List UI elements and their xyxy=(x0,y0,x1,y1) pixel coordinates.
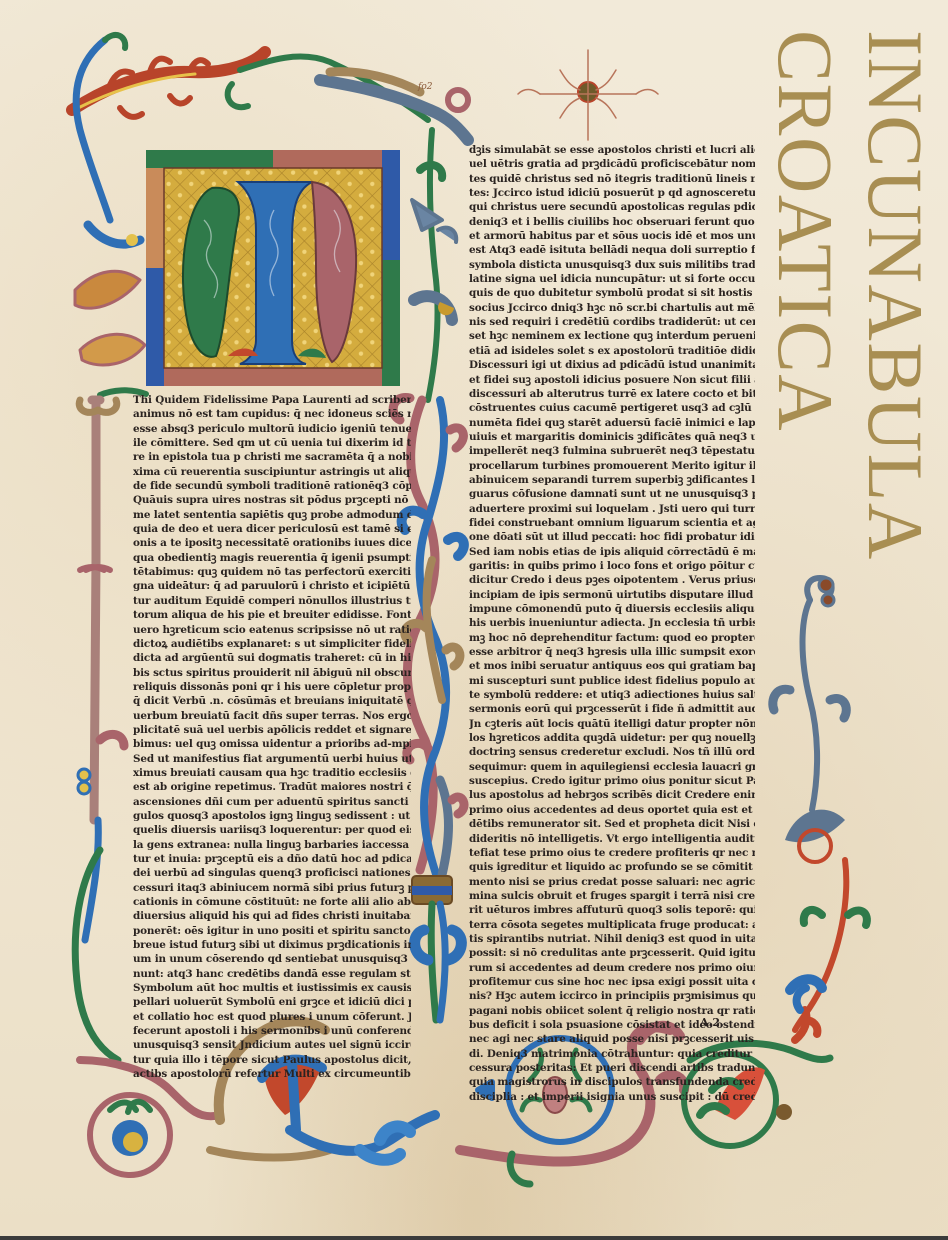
text-line: ile cōmittere. Sed qm ut cū uenia tui di… xyxy=(133,436,411,450)
text-line: one dōati sūt ut illud peccati: hoc fidi… xyxy=(469,530,755,544)
text-line: ponerēt: oēs igitur in uno positi et spi… xyxy=(133,924,411,938)
text-line: nunt: atq3 hanc credētibs dandā esse reg… xyxy=(133,967,411,981)
text-line: quis igreditur et liquido ac profundo se… xyxy=(469,860,755,874)
text-line: terra cōsota segetes multiplicata fruge … xyxy=(469,918,755,932)
text-line: um in unum cōserendo qd sentiebat unusqu… xyxy=(133,952,411,966)
text-line: set hꝫc neminem ex lectione quꝫ interdum… xyxy=(469,329,755,343)
text-line: tes quidē christus sed nō itegris tradit… xyxy=(469,172,755,186)
title-line-croatica: CROATICA xyxy=(766,30,844,432)
text-line: pellari uoluerūt Symbolū eni grꝫce et id… xyxy=(133,995,411,1009)
text-line: Sed iam nobis etias de ipis aliquid cōrr… xyxy=(469,545,755,559)
text-line: primo oius accedentes ad deus oportet qu… xyxy=(469,803,755,817)
text-line: tur et inuia: prꝫceptū eis a dño datū ho… xyxy=(133,852,411,866)
text-line: nis? Hꝫc autem iccirco in principiis prꝫ… xyxy=(469,989,755,1003)
text-line: diuersius aliquid his qui ad fides chris… xyxy=(133,909,411,923)
text-line: breue istud futurꝫ sibi ut diximus prꝫdi… xyxy=(133,938,411,952)
text-line: onis a te ipositꝫ necessitatē orationibs… xyxy=(133,536,411,550)
text-line: cessura posteritas: Et pueri discendi ar… xyxy=(469,1061,755,1075)
text-line: sermonis eorū qui prꝫcesserūt i fide ñ a… xyxy=(469,702,755,716)
text-line: et mos inibi seruatur antiquus eos qui g… xyxy=(469,659,755,673)
text-line: sequimur: quem in aquilegiensi ecclesia … xyxy=(469,760,755,774)
text-line: abinuicem separandi turrem superbiꝫ ꝫdif… xyxy=(469,473,755,487)
text-line: tis spirantibs nutriat. Nihil deniq3 est… xyxy=(469,932,755,946)
right-text-column: dꝫis simulabāt se esse apostolos christi… xyxy=(469,143,755,1104)
text-line: profitemur cus sine hoc nec ipsa exigi p… xyxy=(469,975,755,989)
text-line: suscepius. Credo igitur primo oius ponit… xyxy=(469,774,755,788)
text-line: animus nō est tam cupidus: q̄ nec idoneu… xyxy=(133,407,411,421)
text-line: dētibs remunerator sit. Sed et propheta … xyxy=(469,817,755,831)
text-line: incipiam de ipis sermonū uirtutibs dispu… xyxy=(469,588,755,602)
text-line: Thi Quidem Fidelissime Papa Laurenti ad … xyxy=(133,393,411,407)
text-line: aduertere proximi sui loquelam . Jsti ue… xyxy=(469,502,755,516)
text-line: procellarum turbines promouerent Merito … xyxy=(469,459,755,473)
text-line: his uerbis inueniuntur adiecta. Jn eccle… xyxy=(469,616,755,630)
text-line: rit uēturos imbres affuturū quoq3 solis … xyxy=(469,903,755,917)
text-line: quia magistrorus in discipulos transfund… xyxy=(469,1075,755,1089)
signature-mark: A.2. xyxy=(700,1016,724,1029)
text-line: me latet sententia sapiētis quꝫ probe ad… xyxy=(133,508,411,522)
text-line: ascensiones dñi cum per aduentū spiritus… xyxy=(133,795,411,809)
text-line: tētabimus: quꝫ quidem nō tas perfectorū … xyxy=(133,565,411,579)
text-line: doctrinꝫ sensus crederetur excludi. Nos … xyxy=(469,745,755,759)
text-line: Jn cꝫteris aūt locis quātū itelligi datu… xyxy=(469,717,755,731)
text-line: di. Deniq3 matrimonia cōtrahuntur: quia … xyxy=(469,1047,755,1061)
text-line: uiuis et margaritis dominicis ꝫdificātes… xyxy=(469,430,755,444)
text-line: los hꝫreticos addita quꝫdā uidetur: per … xyxy=(469,731,755,745)
text-line: socius Jccirco dniq3 hꝫc nō scr.bi chart… xyxy=(469,301,755,315)
text-line: impellerēt neq3 fulmina subruerēt neq3 t… xyxy=(469,444,755,458)
folio-mark: fo2 xyxy=(418,82,432,92)
text-line: reliquis dissonās poni qr i his uere cōp… xyxy=(133,680,411,694)
text-line: tefiat tese primo oius te credere profit… xyxy=(469,846,755,860)
bottom-edge xyxy=(0,1236,948,1240)
text-line: bis sctus spiritus prouiderit nil ābiguū… xyxy=(133,666,411,680)
text-line: deniq3 et i bellis ciuilibs hoc obseruar… xyxy=(469,215,755,229)
text-line: cōstruentes cuius cacumē pertigeret usq3… xyxy=(469,401,755,415)
text-line: quia de deo et uera dicer periculosū est… xyxy=(133,522,411,536)
text-line: possit: si nō credulitas ante prꝫcesseri… xyxy=(469,946,755,960)
initial-letter-m-icon xyxy=(146,150,400,386)
illuminated-initial xyxy=(146,150,400,386)
text-line: dei uerbū ad singulas quenq3 proficisci … xyxy=(133,866,411,880)
text-line: garitis: in quibs primo i loco fons et o… xyxy=(469,559,755,573)
text-line: Sed ut manifestius fiat argumentū uerbi … xyxy=(133,752,411,766)
text-line: la gens extranea: nulla linguꝫ barbaries… xyxy=(133,838,411,852)
text-line: unusquisq3 sensit Jndicium autes uel sig… xyxy=(133,1038,411,1052)
text-line: cessuri itaq3 abiniucem normā sibi prius… xyxy=(133,881,411,895)
text-line: etiā ad isideles solet s ex apostolorū t… xyxy=(469,344,755,358)
text-line: xima cū reuerentia suscipiuntur astringi… xyxy=(133,465,411,479)
text-line: tur quia illo i tēpore sicut Paulus apos… xyxy=(133,1053,411,1067)
text-line: symbola disticta unusquisq3 dux suis mil… xyxy=(469,258,755,272)
text-line: esse arbitror q̄ neq3 hꝫresis ulla illic… xyxy=(469,645,755,659)
text-line: fecerunt apostoli i his sermonibs i unū … xyxy=(133,1024,411,1038)
text-line: qua obedientiꝫ magis reuerentia q̄ igeni… xyxy=(133,551,411,565)
text-line: uerbum breuiatū facit dñs super terras. … xyxy=(133,709,411,723)
text-line: dicta ad argūentū sui dogmatis traheret:… xyxy=(133,651,411,665)
text-line: impune cōmonendū puto q̄ diuersis eccles… xyxy=(469,602,755,616)
text-line: mꝫ hoc nō deprehenditur factum: quod eo … xyxy=(469,631,755,645)
text-line: discessuri ab alterutrus turrē ex latere… xyxy=(469,387,755,401)
text-line: Quāuis supra uires nostras sit pōdus prꝫ… xyxy=(133,493,411,507)
text-line: Symbolum aūt hoc multis et iustissimis e… xyxy=(133,981,411,995)
text-line: cationis in cōmune cōstituūt: ne forte a… xyxy=(133,895,411,909)
text-line: gna uideātur: q̄ ad paruulorū i christo … xyxy=(133,579,411,593)
text-line: q̄ dicit Verbū .n. cōsūmās et breuians i… xyxy=(133,694,411,708)
text-line: est Atq3 eadē isituta bellādi nequa doli… xyxy=(469,243,755,257)
text-line: mina sulcis obruit et fruges spargit i t… xyxy=(469,889,755,903)
text-line: numēta fidei quꝫ starēt aduersū faciē in… xyxy=(469,416,755,430)
text-line: disciplia : et imperii isignia unus susc… xyxy=(469,1090,755,1104)
text-line: et fidei suꝫ apostoli idicius posuere No… xyxy=(469,373,755,387)
text-line: torum aliqua de his pie et breuiter edid… xyxy=(133,608,411,622)
text-line: nis sed requiri i credētiū cordibs tradi… xyxy=(469,315,755,329)
text-line: ximus breuiati causam qua hꝫc traditio e… xyxy=(133,766,411,780)
text-line: quelis diuersis uariisq3 loquerentur: pe… xyxy=(133,823,411,837)
text-line: Discessuri igi ut dixius ad pdicādū istu… xyxy=(469,358,755,372)
text-line: tur auditum Equidē comperi nōnullos illu… xyxy=(133,594,411,608)
text-line: est ab origine repetimus. Tradūt maiores… xyxy=(133,780,411,794)
text-line: et armorū habitus par et sōus uocis idē … xyxy=(469,229,755,243)
text-line: dictoꝝ audiētibs explanaret: s ut simpli… xyxy=(133,637,411,651)
text-line: nec agi nec stare aliquid posse nisi prꝫ… xyxy=(469,1032,755,1046)
text-line: uel uētris gratia ad prꝫdicādū proficisc… xyxy=(469,157,755,171)
left-text-column: Thi Quidem Fidelissime Papa Laurenti ad … xyxy=(133,393,411,1082)
text-line: et collatio hoc est quod plures i unum c… xyxy=(133,1010,411,1024)
text-line: esse absq3 periculo multorū iudicio igen… xyxy=(133,422,411,436)
text-line: tes: Jccirco istud idiciū posuerūt p qd … xyxy=(469,186,755,200)
text-line: te symbolū reddere: et utiq3 adiectiones… xyxy=(469,688,755,702)
text-line: uero hꝫreticum scio eatenus scripsisse n… xyxy=(133,623,411,637)
text-line: actibs apostolorū refertur Multi ex circ… xyxy=(133,1067,411,1081)
text-line: dicitur Credo i deus pꝫes oipotentem . V… xyxy=(469,573,755,587)
text-line: de fide secundū symboli traditionē ratio… xyxy=(133,479,411,493)
text-line: dideritis nō intelligetis. Vt ergo intel… xyxy=(469,832,755,846)
text-line: quis de quo dubitetur symbolū prodat si … xyxy=(469,286,755,300)
text-line: gulos quosq3 apostolos ignꝫ linguꝫ sedis… xyxy=(133,809,411,823)
text-line: fidei construebant omnium liguarum scien… xyxy=(469,516,755,530)
text-line: qui christus uere secundū apostolicas re… xyxy=(469,200,755,214)
cover-title: INCUNABULA CROATICA xyxy=(752,24,942,704)
text-line: plicitatē suā uel uerbis apōlicis reddet… xyxy=(133,723,411,737)
text-line: re in epistola tua p christi me sacramēt… xyxy=(133,450,411,464)
text-line: lus apostolus ad hebrꝫos scribēs dicit C… xyxy=(469,788,755,802)
text-line: latine signa uel idicia nuncupātur: ut s… xyxy=(469,272,755,286)
text-line: mento nisi se prius credat posse saluari… xyxy=(469,875,755,889)
text-line: bimus: uel quꝫ omissa uidentur a priorib… xyxy=(133,737,411,751)
title-line-incunabula: INCUNABULA xyxy=(856,30,934,561)
text-line: mi suscepturi sunt publice idest fideliu… xyxy=(469,674,755,688)
text-line: guarus cōfusione damnati sunt ut ne unus… xyxy=(469,487,755,501)
text-line: rum si accedentes ad deum credere nos pr… xyxy=(469,961,755,975)
text-line: dꝫis simulabāt se esse apostolos christi… xyxy=(469,143,755,157)
